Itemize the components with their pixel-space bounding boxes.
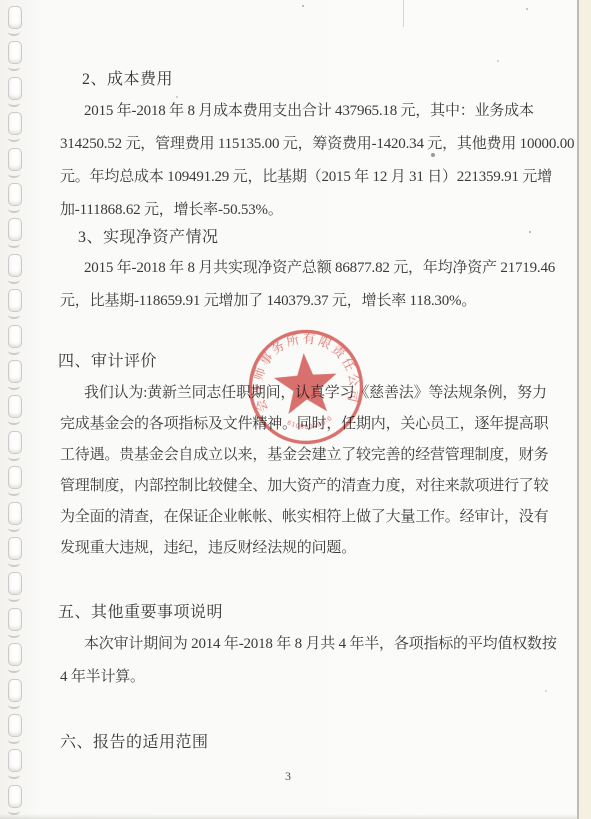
- binding-hole: [8, 502, 22, 525]
- section-body-other-important-matters: 本次审计期间为 2014 年-2018 年 8 月共 4 年半，各项指标的平均值…: [60, 628, 560, 694]
- binding-hole: [8, 360, 22, 383]
- paragraph-line: 管理制度，内部控制比较健全、加大资产的清查力度，对往来款项进行了较: [60, 471, 560, 502]
- section-heading-other-important-matters: 五、其他重要事项说明: [58, 599, 558, 622]
- paragraph-line: 314250.52 元，管理费用 115135.00 元，筹资费用-1420.3…: [60, 128, 560, 161]
- binding-hole: [8, 572, 22, 595]
- paragraph-line: 2015 年-2018 年 8 月共实现净资产总额 86877.82 元，年均净…: [60, 252, 560, 285]
- binding-hole: [8, 325, 22, 348]
- binding-hole: [8, 466, 22, 489]
- binding-hole: [8, 643, 22, 666]
- official-red-seal: 会计师事务所有限责任公司 610800100-09: [215, 296, 396, 477]
- scanner-edge-strip: [577, 0, 591, 819]
- binding-hole: [8, 183, 22, 206]
- paragraph-line: 为全面的清查，在保证企业帐帐、帐实相符上做了大量工作。经审计，没有: [60, 502, 560, 533]
- binding-hole: [8, 112, 22, 135]
- binding-hole: [8, 431, 22, 454]
- scanned-document-page: 2、成本费用 2015 年-2018 年 8 月成本费用支出合计 437965.…: [0, 0, 591, 819]
- section-heading-cost-expenses: 2、成本费用: [82, 66, 582, 89]
- section-heading-net-assets: 3、实现净资产情况: [78, 224, 578, 247]
- binding-hole: [8, 714, 22, 737]
- page-bottom-shadow: [0, 814, 577, 819]
- section-heading-report-scope: 六、报告的适用范围: [60, 729, 560, 752]
- binding-hole: [8, 77, 22, 100]
- binding-hole: [8, 148, 22, 171]
- binding-hole: [8, 218, 22, 241]
- scan-specks: [0, 0, 2, 2]
- binding-hole: [8, 254, 22, 277]
- binding-hole: [8, 395, 22, 418]
- binding-hole: [8, 679, 22, 702]
- paragraph-line: 元。年均总成本 109491.29 元，比基期（2015 年 12 月 31 日…: [60, 161, 560, 194]
- binding-hole: [8, 537, 22, 560]
- section-body-cost-expenses: 2015 年-2018 年 8 月成本费用支出合计 437965.18 元，其中…: [60, 95, 560, 227]
- paragraph-line: 本次审计期间为 2014 年-2018 年 8 月共 4 年半，各项指标的平均值…: [60, 628, 560, 661]
- star-icon: [272, 351, 339, 415]
- binding-hole: [8, 608, 22, 631]
- paragraph-line: 发现重大违规，违纪，违反财经法规的问题。: [60, 533, 560, 564]
- page-number: 3: [0, 769, 577, 784]
- binding-hole: [8, 41, 22, 64]
- scan-artifact-line: [403, 0, 404, 27]
- binding-hole: [8, 785, 22, 808]
- seal-code: 610800100-09: [215, 296, 334, 437]
- binding-hole: [8, 6, 22, 29]
- paragraph-line: 4 年半计算。: [60, 661, 560, 694]
- binding-hole: [8, 289, 22, 312]
- paragraph-line: 加-111868.62 元，增长率-50.53%。: [60, 194, 560, 227]
- paragraph-line: 2015 年-2018 年 8 月成本费用支出合计 437965.18 元，其中…: [60, 95, 560, 128]
